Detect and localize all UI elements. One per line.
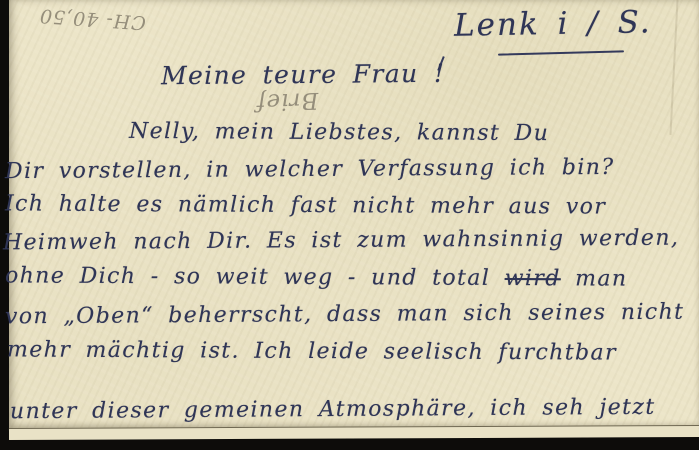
handwriting-line: Ich halte es nämlich fast nicht mehr aus… [5, 191, 606, 219]
scanned-letter: CH- 40,50 Lenk i / S. Meine teure Frau !… [0, 0, 699, 450]
under-sheet-edge [9, 425, 699, 440]
dateline: Lenk i / S. [454, 4, 652, 43]
line-text: man [561, 266, 628, 291]
handwriting-line: Nelly, mein Liebstes, kannst Du [129, 119, 549, 146]
pencil-note-top-left: CH- 40,50 [38, 4, 146, 33]
pencil-note-brief: Brief [256, 87, 319, 115]
salutation: Meine teure Frau ! [161, 59, 446, 90]
handwriting-line: mehr mächtig ist. Ich leide seelisch fur… [7, 337, 617, 365]
struck-word: wird [505, 266, 561, 291]
letter-paper: CH- 40,50 Lenk i / S. Meine teure Frau !… [9, 0, 699, 428]
handwriting-line: Dir vorstellen, in welcher Verfassung ic… [5, 155, 615, 184]
line-text: ohne Dich - so weit weg - und total [5, 263, 505, 291]
handwriting-line: ohne Dich - so weit weg - und total wird… [5, 263, 628, 291]
handwriting-line: unter dieser gemeinen Atmosphäre, ich se… [10, 395, 656, 425]
handwriting-line: Heimweh nach Dir. Es ist zum wahnsinnig … [3, 226, 679, 256]
dateline-underline [498, 50, 624, 55]
paper-crease [669, 0, 678, 135]
handwriting-line: von „Oben“ beherrscht, dass man sich sei… [5, 300, 685, 330]
